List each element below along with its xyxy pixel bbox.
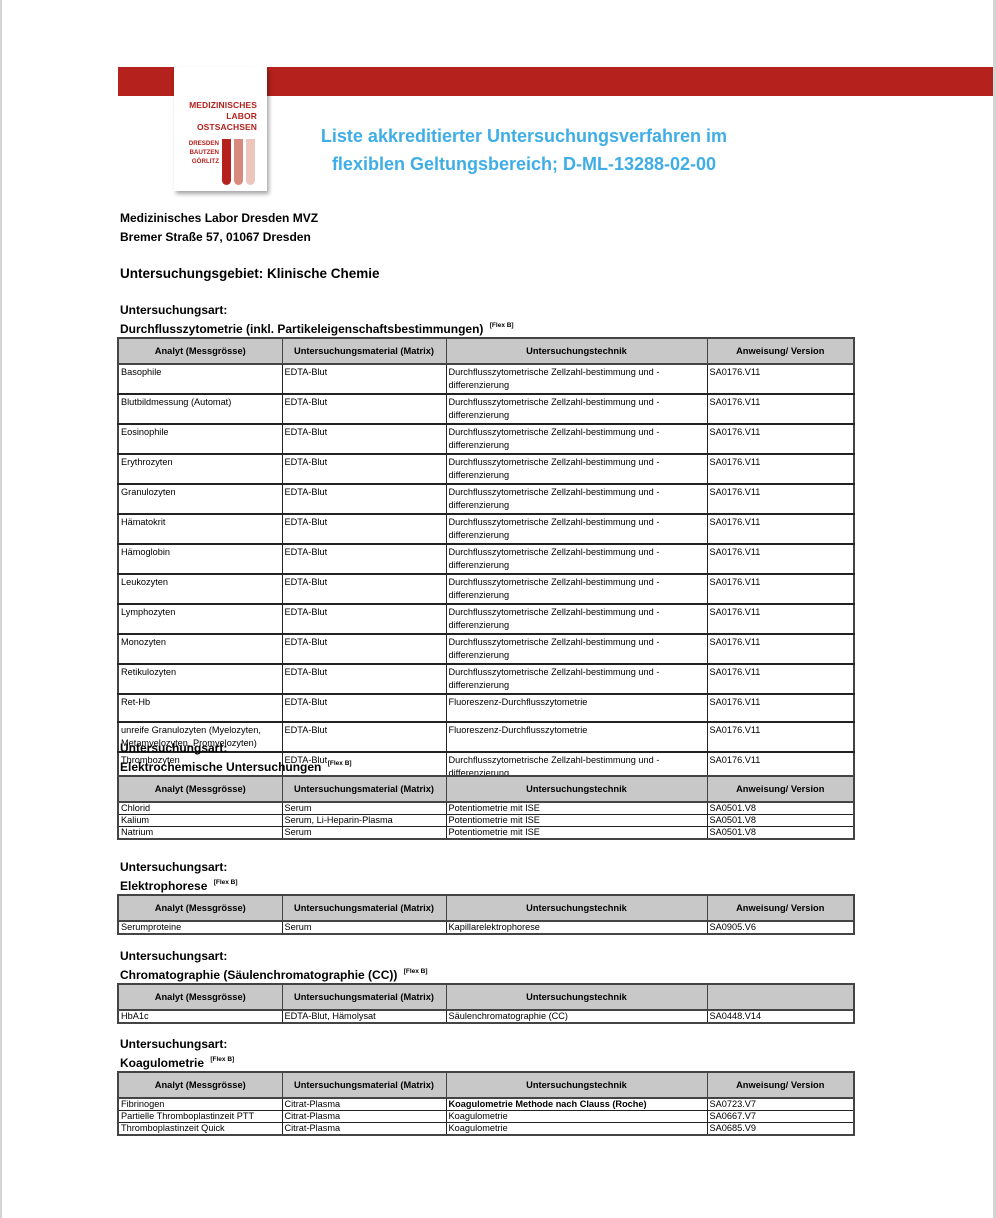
matrix-cell: EDTA-Blut	[282, 424, 446, 454]
procedures-table: Analyt (Messgrösse)Untersuchungsmaterial…	[117, 337, 855, 783]
technique-cell: Durchflusszytometrische Zellzahl-bestimm…	[446, 664, 707, 694]
flex-tag: [Flex B]	[404, 968, 428, 975]
analyte-cell: Hämoglobin	[118, 544, 282, 574]
analyte-cell: Hämatokrit	[118, 514, 282, 544]
table-row: HämatokritEDTA-BlutDurchflusszytometrisc…	[118, 514, 854, 544]
logo-text: MEDIZINISCHES LABOR OSTSACHSEN	[189, 100, 257, 133]
table-row: Blutbildmessung (Automat)EDTA-BlutDurchf…	[118, 394, 854, 424]
matrix-cell: EDTA-Blut	[282, 454, 446, 484]
table-row: ChloridSerumPotentiometrie mit ISESA0501…	[118, 802, 854, 815]
column-header	[707, 984, 854, 1010]
technique-cell: Durchflusszytometrische Zellzahl-bestimm…	[446, 514, 707, 544]
examination-area: Untersuchungsgebiet: Klinische Chemie	[120, 266, 380, 281]
column-header: Untersuchungstechnik	[446, 984, 707, 1010]
matrix-cell: Citrat-Plasma	[282, 1098, 446, 1111]
flex-tag: [Flex B]	[328, 760, 352, 767]
table-row: BasophileEDTA-BlutDurchflusszytometrisch…	[118, 364, 854, 394]
document-title: Liste akkreditierter Untersuchungsverfah…	[294, 122, 754, 178]
technique-cell: Koagulometrie	[446, 1111, 707, 1123]
table-row: LeukozytenEDTA-BlutDurchflusszytometrisc…	[118, 574, 854, 604]
section-0: Untersuchungsart:Durchflusszytometrie (i…	[117, 302, 853, 783]
table-row: MonozytenEDTA-BlutDurchflusszytometrisch…	[118, 634, 854, 664]
section-name: Elektrochemische Untersuchungen [Flex B]	[117, 756, 853, 775]
analyte-cell: Blutbildmessung (Automat)	[118, 394, 282, 424]
column-header: Anweisung/ Version	[707, 338, 854, 364]
flex-tag: [Flex B]	[210, 1056, 234, 1063]
technique-cell: Durchflusszytometrische Zellzahl-bestimm…	[446, 634, 707, 664]
matrix-cell: EDTA-Blut	[282, 664, 446, 694]
section-2: Untersuchungsart:Elektrophorese [Flex B]…	[117, 859, 853, 935]
column-header: Anweisung/ Version	[707, 1072, 854, 1098]
section-name: Chromatographie (Säulenchromatographie (…	[117, 964, 853, 983]
matrix-cell: EDTA-Blut, Hämolysat	[282, 1010, 446, 1023]
column-header: Untersuchungstechnik	[446, 895, 707, 921]
technique-cell: Durchflusszytometrische Zellzahl-bestimm…	[446, 454, 707, 484]
analyte-cell: Ret-Hb	[118, 694, 282, 722]
instruction-cell: SA0176.V11	[707, 514, 854, 544]
table-row: Thromboplastinzeit QuickCitrat-PlasmaKoa…	[118, 1123, 854, 1136]
analyte-cell: Natrium	[118, 827, 282, 840]
table-header-row: Analyt (Messgrösse)Untersuchungsmaterial…	[118, 776, 854, 802]
matrix-cell: Serum	[282, 802, 446, 815]
table-row: NatriumSerumPotentiometrie mit ISESA0501…	[118, 827, 854, 840]
matrix-cell: Citrat-Plasma	[282, 1123, 446, 1136]
matrix-cell: EDTA-Blut	[282, 544, 446, 574]
analyte-cell: Monozyten	[118, 634, 282, 664]
document-page: MEDIZINISCHES LABOR OSTSACHSEN DRESDEN B…	[2, 0, 993, 1218]
technique-cell: Säulenchromatographie (CC)	[446, 1010, 707, 1023]
technique-cell: Durchflusszytometrische Zellzahl-bestimm…	[446, 424, 707, 454]
lab-logo: MEDIZINISCHES LABOR OSTSACHSEN DRESDEN B…	[174, 67, 267, 191]
analyte-cell: Lymphozyten	[118, 604, 282, 634]
table-row: Partielle Thromboplastinzeit PTTCitrat-P…	[118, 1111, 854, 1123]
column-header: Untersuchungsmaterial (Matrix)	[282, 1072, 446, 1098]
matrix-cell: Serum, Li-Heparin-Plasma	[282, 815, 446, 827]
table-row: RetikulozytenEDTA-BlutDurchflusszytometr…	[118, 664, 854, 694]
matrix-cell: EDTA-Blut	[282, 514, 446, 544]
section-label: Untersuchungsart:	[117, 302, 853, 318]
table-row: FibrinogenCitrat-PlasmaKoagulometrie Met…	[118, 1098, 854, 1111]
technique-cell: Durchflusszytometrische Zellzahl-bestimm…	[446, 364, 707, 394]
table-row: ErythrozytenEDTA-BlutDurchflusszytometri…	[118, 454, 854, 484]
analyte-cell: Erythrozyten	[118, 454, 282, 484]
section-1: Untersuchungsart:Elektrochemische Unters…	[117, 740, 853, 840]
section-name: Elektrophorese [Flex B]	[117, 875, 853, 894]
analyte-cell: Granulozyten	[118, 484, 282, 514]
procedures-table: Analyt (Messgrösse)Untersuchungsmaterial…	[117, 983, 855, 1024]
instruction-cell: SA0448.V14	[707, 1010, 854, 1023]
section-label: Untersuchungsart:	[117, 948, 853, 964]
section-label: Untersuchungsart:	[117, 859, 853, 875]
instruction-cell: SA0176.V11	[707, 484, 854, 514]
instruction-cell: SA0176.V11	[707, 574, 854, 604]
instruction-cell: SA0176.V11	[707, 454, 854, 484]
analyte-cell: Thromboplastinzeit Quick	[118, 1123, 282, 1136]
matrix-cell: Serum	[282, 921, 446, 934]
instruction-cell: SA0176.V11	[707, 394, 854, 424]
column-header: Analyt (Messgrösse)	[118, 984, 282, 1010]
test-tube-icon	[222, 139, 231, 185]
table-row: EosinophileEDTA-BlutDurchflusszytometris…	[118, 424, 854, 454]
column-header: Analyt (Messgrösse)	[118, 776, 282, 802]
matrix-cell: Citrat-Plasma	[282, 1111, 446, 1123]
table-row: KaliumSerum, Li-Heparin-PlasmaPotentiome…	[118, 815, 854, 827]
instruction-cell: SA0176.V11	[707, 424, 854, 454]
instruction-cell: SA0501.V8	[707, 815, 854, 827]
analyte-cell: Leukozyten	[118, 574, 282, 604]
column-header: Untersuchungsmaterial (Matrix)	[282, 895, 446, 921]
column-header: Untersuchungsmaterial (Matrix)	[282, 338, 446, 364]
instruction-cell: SA0176.V11	[707, 364, 854, 394]
table-row: LymphozytenEDTA-BlutDurchflusszytometris…	[118, 604, 854, 634]
test-tube-icon	[246, 139, 255, 185]
instruction-cell: SA0501.V8	[707, 802, 854, 815]
table-header-row: Analyt (Messgrösse)Untersuchungsmaterial…	[118, 1072, 854, 1098]
column-header: Anweisung/ Version	[707, 776, 854, 802]
technique-cell: Potentiometrie mit ISE	[446, 802, 707, 815]
lab-street: Bremer Straße 57, 01067 Dresden	[120, 228, 318, 247]
table-header-row: Analyt (Messgrösse)Untersuchungsmaterial…	[118, 984, 854, 1010]
instruction-cell: SA0176.V11	[707, 694, 854, 722]
instruction-cell: SA0176.V11	[707, 544, 854, 574]
column-header: Anweisung/ Version	[707, 895, 854, 921]
matrix-cell: EDTA-Blut	[282, 364, 446, 394]
flex-tag: [Flex B]	[214, 879, 238, 886]
lab-address: Medizinisches Labor Dresden MVZ Bremer S…	[120, 209, 318, 247]
flex-tag: [Flex B]	[490, 322, 514, 329]
table-row: HbA1cEDTA-Blut, HämolysatSäulenchromatog…	[118, 1010, 854, 1023]
analyte-cell: Serumproteine	[118, 921, 282, 934]
column-header: Untersuchungstechnik	[446, 338, 707, 364]
analyte-cell: Eosinophile	[118, 424, 282, 454]
technique-cell: Koagulometrie	[446, 1123, 707, 1136]
technique-cell: Potentiometrie mit ISE	[446, 815, 707, 827]
column-header: Untersuchungsmaterial (Matrix)	[282, 776, 446, 802]
matrix-cell: EDTA-Blut	[282, 634, 446, 664]
analyte-cell: Kalium	[118, 815, 282, 827]
section-label: Untersuchungsart:	[117, 1036, 853, 1052]
analyte-cell: Fibrinogen	[118, 1098, 282, 1111]
analyte-cell: Chlorid	[118, 802, 282, 815]
technique-cell: Koagulometrie Methode nach Clauss (Roche…	[446, 1098, 707, 1111]
analyte-cell: HbA1c	[118, 1010, 282, 1023]
instruction-cell: SA0176.V11	[707, 664, 854, 694]
matrix-cell: EDTA-Blut	[282, 604, 446, 634]
technique-cell: Fluoreszenz-Durchflusszytometrie	[446, 694, 707, 722]
matrix-cell: EDTA-Blut	[282, 394, 446, 424]
column-header: Analyt (Messgrösse)	[118, 338, 282, 364]
section-name: Koagulometrie [Flex B]	[117, 1052, 853, 1071]
section-4: Untersuchungsart:Koagulometrie [Flex B]A…	[117, 1036, 853, 1136]
instruction-cell: SA0176.V11	[707, 604, 854, 634]
matrix-cell: Serum	[282, 827, 446, 840]
instruction-cell: SA0176.V11	[707, 634, 854, 664]
logo-locations: DRESDEN BAUTZEN GÖRLITZ	[183, 139, 219, 166]
procedures-table: Analyt (Messgrösse)Untersuchungsmaterial…	[117, 894, 855, 935]
section-name: Durchflusszytometrie (inkl. Partikeleige…	[117, 318, 853, 337]
table-row: SerumproteineSerumKapillarelektrophorese…	[118, 921, 854, 934]
matrix-cell: EDTA-Blut	[282, 574, 446, 604]
instruction-cell: SA0501.V8	[707, 827, 854, 840]
section-3: Untersuchungsart:Chromatographie (Säulen…	[117, 948, 853, 1024]
technique-cell: Durchflusszytometrische Zellzahl-bestimm…	[446, 544, 707, 574]
technique-cell: Durchflusszytometrische Zellzahl-bestimm…	[446, 604, 707, 634]
column-header: Untersuchungstechnik	[446, 776, 707, 802]
analyte-cell: Retikulozyten	[118, 664, 282, 694]
table-row: HämoglobinEDTA-BlutDurchflusszytometrisc…	[118, 544, 854, 574]
instruction-cell: SA0685.V9	[707, 1123, 854, 1136]
matrix-cell: EDTA-Blut	[282, 484, 446, 514]
technique-cell: Durchflusszytometrische Zellzahl-bestimm…	[446, 484, 707, 514]
technique-cell: Durchflusszytometrische Zellzahl-bestimm…	[446, 574, 707, 604]
test-tube-icon	[234, 139, 243, 185]
column-header: Analyt (Messgrösse)	[118, 1072, 282, 1098]
column-header: Untersuchungsmaterial (Matrix)	[282, 984, 446, 1010]
analyte-cell: Partielle Thromboplastinzeit PTT	[118, 1111, 282, 1123]
column-header: Untersuchungstechnik	[446, 1072, 707, 1098]
lab-name: Medizinisches Labor Dresden MVZ	[120, 209, 318, 228]
table-row: GranulozytenEDTA-BlutDurchflusszytometri…	[118, 484, 854, 514]
analyte-cell: Basophile	[118, 364, 282, 394]
matrix-cell: EDTA-Blut	[282, 694, 446, 722]
table-header-row: Analyt (Messgrösse)Untersuchungsmaterial…	[118, 338, 854, 364]
section-label: Untersuchungsart:	[117, 740, 853, 756]
instruction-cell: SA0667.V7	[707, 1111, 854, 1123]
procedures-table: Analyt (Messgrösse)Untersuchungsmaterial…	[117, 775, 855, 840]
technique-cell: Durchflusszytometrische Zellzahl-bestimm…	[446, 394, 707, 424]
instruction-cell: SA0905.V6	[707, 921, 854, 934]
technique-cell: Kapillarelektrophorese	[446, 921, 707, 934]
table-header-row: Analyt (Messgrösse)Untersuchungsmaterial…	[118, 895, 854, 921]
table-row: Ret-HbEDTA-BlutFluoreszenz-Durchflusszyt…	[118, 694, 854, 722]
technique-cell: Potentiometrie mit ISE	[446, 827, 707, 840]
instruction-cell: SA0723.V7	[707, 1098, 854, 1111]
column-header: Analyt (Messgrösse)	[118, 895, 282, 921]
procedures-table: Analyt (Messgrösse)Untersuchungsmaterial…	[117, 1071, 855, 1136]
